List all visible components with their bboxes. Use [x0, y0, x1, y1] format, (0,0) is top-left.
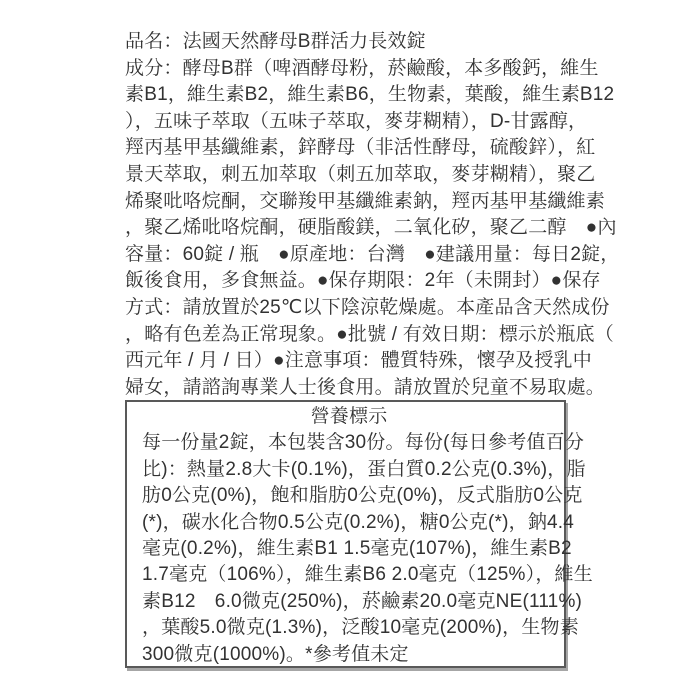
nutrition-facts-line: 300微克(1000%)。*參考值未定: [142, 642, 556, 668]
product-label-page: 品名：法國天然酵母B群活力長效錠成分：酵母B群（啤酒酵母粉，菸鹼酸，本多酸鈣，維…: [0, 0, 700, 700]
nutrition-facts-body: 每一份量2錠，本包裝含30份。每份(每日參考值百分比)：熱量2.8大卡(0.1%…: [142, 430, 556, 668]
nutrition-facts-line: 毫克(0.2%)，維生素B1 1.5毫克(107%)，維生素B2: [142, 536, 556, 562]
product-info-line: 景天萃取，刺五加萃取（刺五加萃取，麥芽糊精），聚乙: [125, 162, 583, 189]
product-info-line: 烯聚吡咯烷酮，交聯羧甲基纖維素鈉，羥丙基甲基纖維素: [125, 189, 583, 216]
product-info-line: 羥丙基甲基纖維素，鋅酵母（非活性酵母，硫酸鋅），紅: [125, 135, 583, 162]
nutrition-facts-line: 肪0公克(0%)，飽和脂肪0公克(0%)，反式脂肪0公克: [142, 483, 556, 509]
product-info-line: 素B1，維生素B2，維生素B6，生物素，葉酸，維生素B12: [125, 82, 583, 109]
nutrition-facts-title: 營養標示: [142, 404, 556, 430]
nutrition-facts-line: 素B12 6.0微克(250%)，菸鹼素20.0毫克NE(111%): [142, 589, 556, 615]
nutrition-facts-line: 比)：熱量2.8大卡(0.1%)，蛋白質0.2公克(0.3%)，脂: [142, 457, 556, 483]
nutrition-facts-line: ，葉酸5.0微克(1.3%)，泛酸10毫克(200%)，生物素: [142, 615, 556, 641]
product-info-text: 品名：法國天然酵母B群活力長效錠成分：酵母B群（啤酒酵母粉，菸鹼酸，本多酸鈣，維…: [125, 29, 583, 401]
nutrition-facts-line: 每一份量2錠，本包裝含30份。每份(每日參考值百分: [142, 430, 556, 456]
product-info-line: 飯後食用，多食無益。●保存期限：2年（未開封）●保存: [125, 268, 583, 295]
product-info-line: 婦女，請諮詢專業人士後食用。請放置於兒童不易取處。: [125, 375, 583, 402]
product-info-line: 西元年 / 月 / 日）●注意事項：體質特殊，懷孕及授乳中: [125, 348, 583, 375]
nutrition-facts-box: 營養標示 每一份量2錠，本包裝含30份。每份(每日參考值百分比)：熱量2.8大卡…: [125, 400, 566, 668]
nutrition-facts-line: 1.7毫克（106%），維生素B6 2.0毫克（125%），維生: [142, 562, 556, 588]
product-info-line: 品名：法國天然酵母B群活力長效錠: [125, 29, 583, 56]
product-info-line: ，略有色差為正常現象。●批號 / 有效日期：標示於瓶底（: [125, 322, 583, 349]
product-info-line: 成分：酵母B群（啤酒酵母粉，菸鹼酸，本多酸鈣，維生: [125, 56, 583, 83]
nutrition-facts-line: (*)，碳水化合物0.5公克(0.2%)，糖0公克(*)，鈉4.4: [142, 510, 556, 536]
product-info-line: ，聚乙烯吡咯烷酮，硬脂酸鎂，二氧化矽，聚乙二醇 ●內: [125, 215, 583, 242]
product-info-line: 方式：請放置於25℃以下陰涼乾燥處。本產品含天然成份: [125, 295, 583, 322]
product-info-line: 容量：60錠 / 瓶 ●原產地：台灣 ●建議用量：每日2錠，: [125, 242, 583, 269]
product-info-line: ），五味子萃取（五味子萃取，麥芽糊精），D-甘露醇，: [125, 109, 583, 136]
